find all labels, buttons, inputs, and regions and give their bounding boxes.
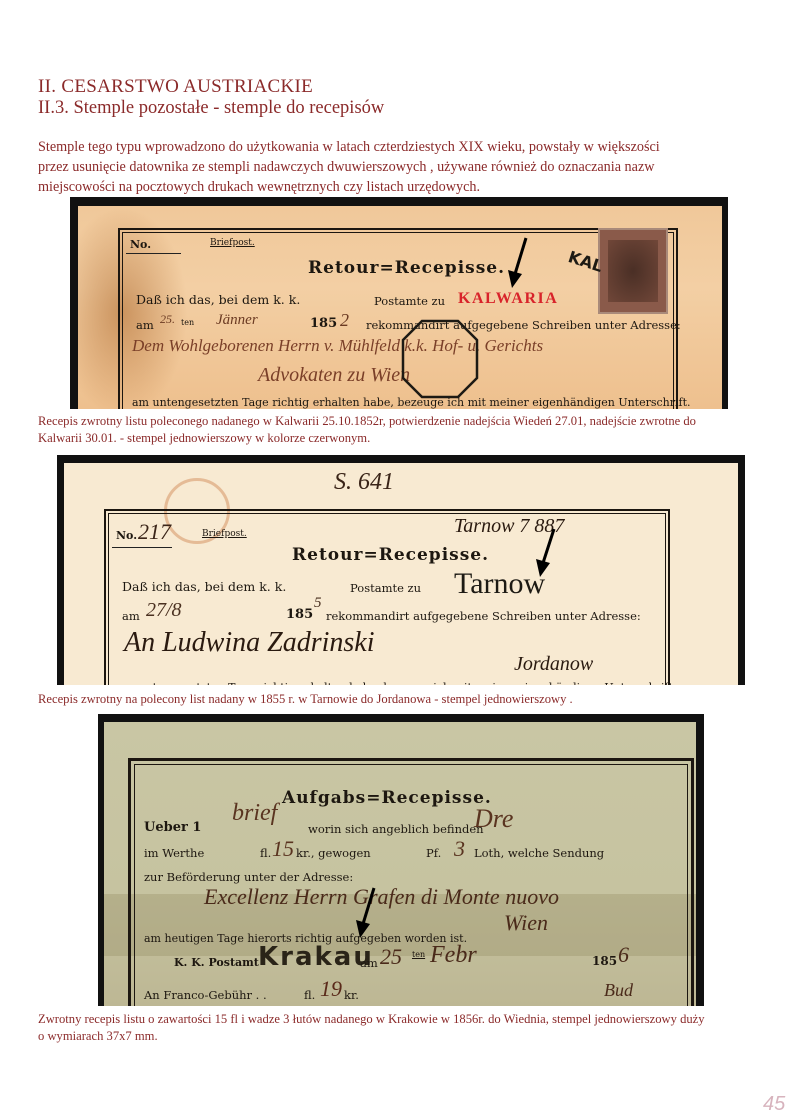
form-title: Retour=Recepisse. [292,545,489,565]
handwritten-year-digit: 5 [314,595,322,612]
form-line-1: Daß ich das, bei dem k. k. [136,292,300,307]
handwritten-date-month: Febr [430,942,477,969]
intro-paragraph: Stemple tego typu wprowadzono do użytkow… [38,137,768,197]
handwritten-item: brief [232,800,277,827]
form-fee-fl: fl. [304,988,315,1002]
intro-line: miejscowości na pocztowych drukach wewnę… [38,177,768,197]
document-image-krakau: Aufgabs=Recepisse. Ueber 1 brief worin s… [98,714,704,1006]
document-image-kalwaria: No. Briefpost. Retour=Recepisse. Daß ich… [70,197,728,409]
caption-line: Recepis zwrotny listu poleconego nadaneg… [38,413,778,430]
number-label: No. [130,238,151,251]
document-image-tarnow: S. 641 No. 217 Briefpost. Tarnow 7 887 R… [57,455,745,685]
form-year: 185 [310,316,337,331]
krakau-stamp: Krakau [258,942,374,972]
form-line-2: rekommandirt aufgegebene Schreiben unter… [326,609,641,623]
form-am: am [122,609,140,623]
caption-krakau: Zwrotny recepis listu o zawartości 15 fl… [38,1011,778,1045]
caption-line: Recepis zwrotny na polecony list nadany … [38,691,778,708]
handwritten-address-2: Advokaten zu Wien [258,364,410,387]
caption-line: Zwrotny recepis listu o zawartości 15 fl… [38,1011,778,1028]
caption-kalwaria: Recepis zwrotny listu poleconego nadaneg… [38,413,778,447]
form-fee-label: An Franco-Gebühr . . [144,988,267,1002]
handwritten-day: 27/8 [146,599,182,622]
form-postamt: Postamte zu [374,294,445,308]
page-title: II. CESARSTWO AUSTRIACKIE [38,76,313,98]
handwritten-address-1: An Ludwina Zadrinski [124,627,374,659]
number-underline [126,253,181,254]
number-underline [112,547,172,548]
form-year: 185 [286,607,313,622]
postage-stamp [598,228,668,314]
handwritten-address-2: Wien [504,910,548,936]
caption-tarnow: Recepis zwrotny na polecony list nadany … [38,691,778,708]
handwritten-fee: 19 [320,976,342,1002]
briefpost-label: Briefpost. [202,529,247,539]
handwritten-address-1: Excellenz Herrn Grafen di Monte nuovo [204,884,559,910]
handwritten-value: 15 [272,836,294,862]
handwritten-date-year-digit: 6 [618,942,629,968]
arrow-pointer-icon [354,886,380,938]
form-am: am [136,318,154,332]
form-pf: Pf. [426,846,441,860]
caption-line: Kalwarii 30.01. - stempel jednowierszowy… [38,430,778,447]
briefpost-label: Briefpost. [210,238,255,248]
form-date-ten: ten [412,950,425,959]
handwritten-month: Jänner [216,312,258,329]
handwritten-signature: Bud [604,980,633,1001]
form-fee-kr: kr. [344,988,359,1002]
handwritten-top-note: S. 641 [334,469,394,496]
form-date-year: 185 [592,954,617,968]
intro-line: przez usunięcie datownika ze stempli nad… [38,157,768,177]
page-number: 45 [763,1093,785,1116]
form-title: Retour=Recepisse. [308,258,505,278]
form-title: Aufgabs=Recepisse. [282,788,492,808]
form-footer-line: am untengesetzten Tage richtig erhalten … [118,681,677,685]
form-date-am: am [360,956,378,970]
form-postamt: K. K. Postamt [174,956,259,969]
form-line-2-right: Loth, welche Sendung [474,846,604,860]
handwritten-address-1: Dem Wohlgeborenen Herrn v. Mühlfeld k.k.… [132,336,543,356]
arrow-pointer-icon [534,527,560,577]
form-postamt: Postamte zu [350,581,421,595]
handwritten-date-day: 25 [380,944,402,970]
form-kr-gewogen: kr., gewogen [296,846,371,860]
form-werthe: im Werthe [144,846,204,860]
form-fl: fl. [260,846,271,860]
caption-line: o wymiarach 37x7 mm. [38,1028,778,1045]
intro-line: Stemple tego typu wprowadzono do użytkow… [38,137,768,157]
handwritten-address-2: Jordanow [514,653,593,676]
handwritten-weight: 3 [454,836,465,862]
handwritten-content: Dre [474,804,513,834]
handwritten-number: 217 [138,519,171,545]
handwritten-day: 25. [160,312,175,327]
form-line-1-left: Ueber 1 [144,820,201,835]
form-ten: ten [181,318,194,327]
tarnow-stamp: Tarnow [454,567,545,601]
form-line-1-mid: worin sich angeblich befinden [308,822,484,836]
arrow-pointer-icon [506,236,532,288]
kalwaria-stamp: KALWARIA [458,290,558,308]
stamp-cancellation [608,240,658,302]
section-subtitle: II.3. Stemple pozostałe - stemple do rec… [38,98,384,119]
handwritten-year-digit: 2 [340,310,349,331]
form-line-1: Daß ich das, bei dem k. k. [122,579,286,594]
octagonal-stamp-icon [400,318,480,400]
number-label: No. [116,529,137,542]
form-line-3: zur Beförderung unter der Adresse: [144,870,353,884]
